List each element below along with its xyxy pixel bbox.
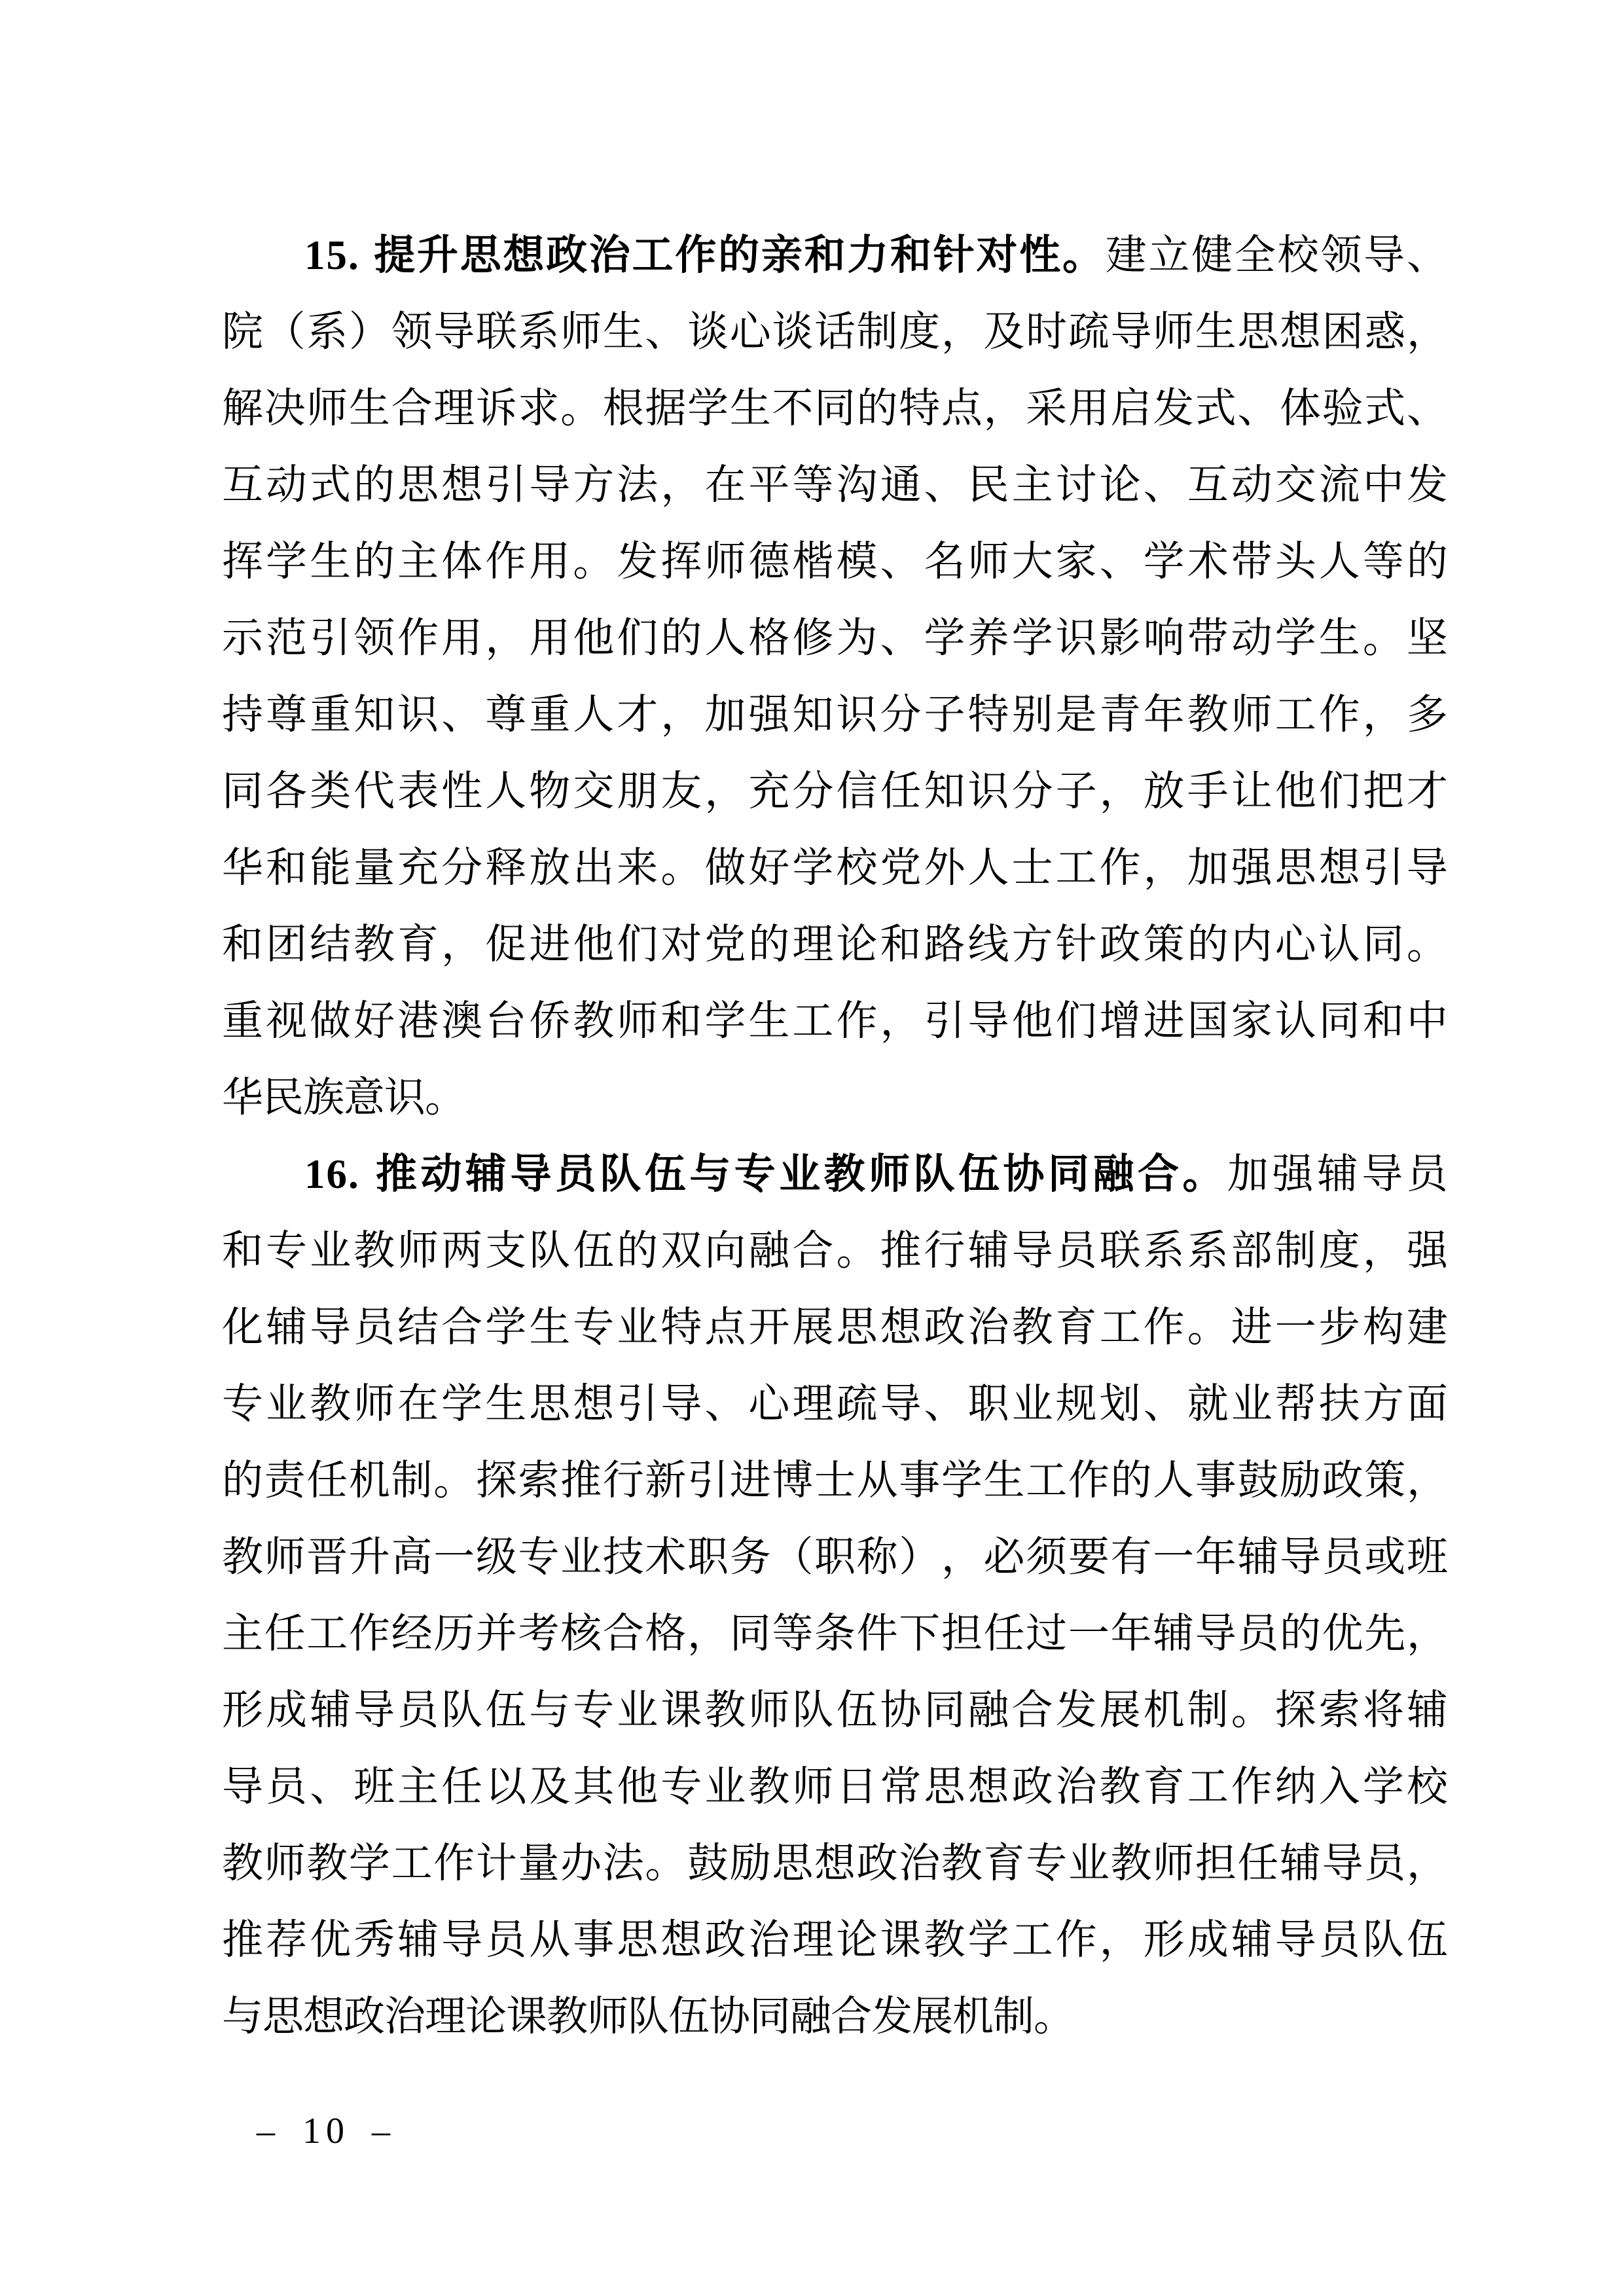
text-line-11: 重视做好港澳台侨教师和学生工作，引导他们增进国家认同和中 xyxy=(222,999,1447,1076)
glyph: 党 xyxy=(880,846,920,889)
glyph: 进 xyxy=(529,923,569,966)
glyph: 队 xyxy=(628,1995,668,2038)
glyph: 机 xyxy=(1144,1689,1184,1732)
glyph: 协 xyxy=(709,1995,749,2038)
glyph: 件 xyxy=(857,1612,897,1655)
glyph: 师 xyxy=(353,1382,394,1426)
glyph: 分 xyxy=(792,770,833,813)
glyph: 提 xyxy=(374,234,414,277)
glyph: 点 xyxy=(704,1306,745,1349)
glyph: 。 xyxy=(836,1229,876,1272)
document-body: 15. 提升思想政治工作的亲和力和针对性。建立健全校领导、院（系）领导联系师生、… xyxy=(222,234,1447,2072)
glyph: 知 xyxy=(353,693,394,736)
glyph: 华 xyxy=(222,1076,262,1119)
glyph: 术 xyxy=(645,1535,685,1579)
text-line-6: 示范引领作用，用他们的人格修为、学养学识影响带动学生。坚 xyxy=(222,617,1447,693)
glyph: 专 xyxy=(573,1689,613,1732)
glyph: 友 xyxy=(660,770,701,813)
glyph: 各 xyxy=(266,770,306,813)
glyph: 升 xyxy=(349,1535,389,1579)
glyph: 想 xyxy=(503,234,543,277)
glyph: 同 xyxy=(222,770,262,813)
glyph: 学 xyxy=(792,846,833,889)
glyph: ， xyxy=(441,923,482,966)
glyph: 教 xyxy=(704,1689,745,1732)
glyph: 澳 xyxy=(441,999,482,1043)
glyph: 辅 xyxy=(1237,1535,1278,1579)
glyph: ， xyxy=(1407,1459,1447,1502)
text-line-3: 解决师生合理诉求。根据学生不同的特点，采用启发式、体验式、 xyxy=(222,387,1447,463)
glyph: 过 xyxy=(1026,1612,1066,1655)
glyph: 师 xyxy=(264,1842,305,1885)
glyph: 。 xyxy=(1187,1306,1228,1349)
glyph: 支 xyxy=(485,1229,526,1272)
glyph: 士 xyxy=(1012,846,1053,889)
glyph: 学 xyxy=(687,387,728,430)
glyph: 在 xyxy=(397,1382,438,1426)
glyph: 好 xyxy=(353,999,394,1043)
glyph: 针 xyxy=(933,234,974,277)
glyph: 作 xyxy=(433,1842,474,1885)
glyph: 生 xyxy=(310,540,350,583)
glyph: 就 xyxy=(1187,1382,1228,1426)
glyph: 学 xyxy=(924,617,965,660)
glyph: 教 xyxy=(222,1535,262,1579)
glyph: 方 xyxy=(1363,1382,1403,1426)
glyph: 员 xyxy=(1407,1153,1447,1196)
glyph: 任 xyxy=(264,1612,305,1655)
glyph: 一 xyxy=(1153,1535,1193,1579)
glyph: 业 xyxy=(617,1689,657,1732)
glyph: 育 xyxy=(397,923,438,966)
glyph: 人 xyxy=(485,770,526,813)
glyph: 诉 xyxy=(476,387,516,430)
glyph: 认 xyxy=(1319,923,1360,966)
glyph: 计 xyxy=(476,1842,516,1885)
glyph: 外 xyxy=(924,846,965,889)
glyph: 想 xyxy=(441,463,482,507)
glyph: 度 xyxy=(1319,1229,1360,1272)
glyph: 和 xyxy=(660,999,701,1043)
glyph: 专 xyxy=(660,1765,701,1808)
glyph: 识 xyxy=(384,1076,425,1119)
glyph: 导 xyxy=(310,1306,350,1349)
glyph: ， xyxy=(1407,1842,1447,1885)
glyph: 才 xyxy=(1407,770,1447,813)
glyph: 解 xyxy=(222,387,262,430)
glyph: 员 xyxy=(555,1153,596,1196)
glyph: 育 xyxy=(1144,1765,1184,1808)
glyph: 任 xyxy=(1237,1842,1278,1885)
glyph: 大 xyxy=(1012,540,1053,583)
glyph: 、 xyxy=(880,617,920,660)
glyph: 。 xyxy=(573,540,613,583)
glyph: 教 xyxy=(310,1382,350,1426)
glyph: 先 xyxy=(1364,1612,1405,1655)
glyph: 政 xyxy=(924,1306,965,1349)
glyph: 工 xyxy=(391,1842,432,1885)
glyph: 专 xyxy=(266,1229,306,1272)
glyph: 向 xyxy=(704,1229,745,1272)
glyph: 。 xyxy=(433,1459,474,1502)
glyph: 励 xyxy=(730,1842,770,1885)
glyph: 民 xyxy=(262,1076,303,1119)
glyph: 班 xyxy=(353,1765,394,1808)
glyph: 心 xyxy=(1275,923,1316,966)
glyph: 台 xyxy=(485,999,526,1043)
glyph: 任 xyxy=(984,1612,1024,1655)
glyph: 作 xyxy=(349,1612,389,1655)
glyph: 识 xyxy=(836,693,876,736)
glyph: 。 xyxy=(1363,617,1403,660)
glyph: 作 xyxy=(1144,1306,1184,1349)
glyph: 生 xyxy=(730,387,770,430)
glyph: 同 xyxy=(1319,999,1360,1043)
glyph: 制 xyxy=(1275,1229,1316,1272)
glyph: 励 xyxy=(1280,1459,1320,1502)
glyph: 制 xyxy=(1187,1689,1228,1732)
glyph: 须 xyxy=(1026,1535,1066,1579)
glyph: ， xyxy=(941,1535,982,1579)
glyph: 头 xyxy=(1275,540,1316,583)
glyph: 合 xyxy=(1138,1153,1178,1196)
glyph: 和 xyxy=(222,1229,262,1272)
glyph: 表 xyxy=(397,770,438,813)
glyph: 合 xyxy=(831,1995,871,2038)
glyph: 务 xyxy=(730,1535,770,1579)
glyph: 想 xyxy=(660,1918,701,1962)
glyph: 职 xyxy=(814,1535,855,1579)
glyph: 队 xyxy=(600,1153,640,1196)
glyph: 们 xyxy=(617,617,657,660)
glyph: 和 xyxy=(880,923,920,966)
glyph: 作 xyxy=(1231,1765,1272,1808)
glyph: 重 xyxy=(222,999,262,1043)
glyph: 策 xyxy=(1144,923,1184,966)
glyph: 学 xyxy=(441,1382,482,1426)
glyph: 识 xyxy=(968,770,1009,813)
glyph: 业 xyxy=(704,1765,745,1808)
glyph: ， xyxy=(880,999,920,1043)
glyph: 工 xyxy=(1012,1918,1053,1962)
glyph: 条 xyxy=(814,1612,855,1655)
glyph: 领 xyxy=(1320,234,1361,277)
glyph: 队 xyxy=(441,1689,482,1732)
glyph: 们 xyxy=(1319,770,1360,813)
text-line-23: 推荐优秀辅导员从事思想政治理论课教学工作，形成辅导员队伍 xyxy=(222,1918,1447,1995)
glyph: 根 xyxy=(603,387,643,430)
glyph: 分 xyxy=(880,693,920,736)
glyph: 人 xyxy=(968,846,1009,889)
glyph: 伍 xyxy=(485,1689,526,1732)
glyph: 进 xyxy=(1231,1306,1272,1349)
glyph: 、 xyxy=(1237,387,1278,430)
glyph: 他 xyxy=(1012,999,1053,1043)
glyph: 他 xyxy=(1275,770,1316,813)
glyph: 形 xyxy=(1144,1918,1184,1962)
glyph: 优 xyxy=(310,1918,350,1962)
glyph: 亲 xyxy=(761,234,802,277)
glyph: 导 xyxy=(968,999,1009,1043)
glyph: 、 xyxy=(310,1765,350,1808)
glyph: 困 xyxy=(1322,310,1363,353)
glyph: 谈 xyxy=(687,310,728,353)
glyph: 索 xyxy=(1319,1689,1360,1732)
glyph: 或 xyxy=(1364,1535,1405,1579)
glyph: 等 xyxy=(792,463,833,507)
glyph: 形 xyxy=(222,1689,262,1732)
glyph: 员 xyxy=(266,1765,306,1808)
glyph: 同 xyxy=(749,1995,790,2038)
glyph: 技 xyxy=(603,1535,643,1579)
glyph: 伍 xyxy=(958,1153,999,1196)
glyph: 博 xyxy=(772,1459,812,1502)
text-line-12: 华民族意识。 xyxy=(222,1076,1447,1153)
glyph: 思 xyxy=(924,1765,965,1808)
glyph: 知 xyxy=(924,770,965,813)
glyph: 辅 xyxy=(1407,1689,1447,1732)
glyph: 事 xyxy=(1195,1459,1236,1502)
glyph: 引 xyxy=(687,1459,728,1502)
glyph: 探 xyxy=(476,1459,516,1502)
text-line-8: 同各类代表性人物交朋友，充分信任知识分子，放手让他们把才 xyxy=(222,770,1447,846)
glyph: 教 xyxy=(1012,1306,1053,1349)
glyph: 展 xyxy=(1100,1689,1140,1732)
glyph: 学 xyxy=(1363,1765,1403,1808)
glyph: ， xyxy=(1363,693,1403,736)
glyph: 求 xyxy=(518,387,558,430)
glyph: ， xyxy=(1100,770,1140,813)
glyph: 治 xyxy=(899,1842,939,1885)
glyph: 辅 xyxy=(1153,1612,1193,1655)
glyph: 工 xyxy=(1100,1306,1140,1349)
glyph: 员 xyxy=(1364,1842,1405,1885)
glyph: 理 xyxy=(433,387,474,430)
glyph: 学 xyxy=(1012,617,1053,660)
glyph: 合 xyxy=(792,1229,833,1272)
glyph: 的 xyxy=(718,234,759,277)
glyph: 做 xyxy=(310,999,350,1043)
glyph: 教 xyxy=(547,1995,587,2038)
glyph: 一 xyxy=(1275,1306,1316,1349)
glyph: 辅 xyxy=(266,1306,306,1349)
glyph: 释 xyxy=(485,846,526,889)
glyph: 其 xyxy=(573,1765,613,1808)
glyph: 。 xyxy=(560,387,601,430)
glyph: 做 xyxy=(704,846,745,889)
page-number: – 10 – xyxy=(257,2111,395,2151)
glyph: 他 xyxy=(573,923,613,966)
glyph: 启 xyxy=(1110,387,1151,430)
glyph: 让 xyxy=(1231,770,1272,813)
glyph: 作 xyxy=(485,540,526,583)
glyph: 动 xyxy=(1231,617,1272,660)
glyph: 办 xyxy=(560,1842,601,1885)
glyph: 推 xyxy=(560,1459,601,1502)
glyph: 要 xyxy=(1068,1535,1109,1579)
glyph: 员 xyxy=(1319,1918,1360,1962)
glyph: 作 xyxy=(675,234,715,277)
glyph: 加 xyxy=(1187,846,1228,889)
glyph: 政 xyxy=(546,234,586,277)
glyph: 人 xyxy=(704,617,745,660)
glyph: 师 xyxy=(1231,693,1272,736)
glyph: 团 xyxy=(266,923,306,966)
glyph: 核 xyxy=(560,1612,601,1655)
glyph: 意 xyxy=(344,1076,384,1119)
glyph: 的 xyxy=(1110,1459,1151,1502)
glyph: 、 xyxy=(1144,1382,1184,1426)
text-line-13: 16. 推动辅导员队伍与专业教师队伍协同融合。加强辅导员 xyxy=(222,1153,1447,1229)
glyph: 级 xyxy=(476,1535,516,1579)
glyph: 推 xyxy=(376,1153,416,1196)
glyph: 多 xyxy=(1407,693,1447,736)
glyph: 内 xyxy=(1231,923,1272,966)
glyph: 学 xyxy=(1275,617,1316,660)
glyph: 索 xyxy=(518,1459,558,1502)
glyph: 导 xyxy=(1012,1229,1053,1272)
glyph: 鼓 xyxy=(1237,1459,1278,1502)
glyph: 系 xyxy=(518,310,558,353)
glyph: 经 xyxy=(391,1612,432,1655)
glyph: 人 xyxy=(573,693,613,736)
glyph: 、 xyxy=(880,540,920,583)
glyph: 专 xyxy=(518,1535,558,1579)
glyph: 师 xyxy=(748,1689,789,1732)
glyph: 思 xyxy=(397,463,438,507)
glyph: 法 xyxy=(617,463,657,507)
glyph: 的 xyxy=(1407,540,1447,583)
glyph: 别 xyxy=(1012,693,1053,736)
glyph: 想 xyxy=(968,1765,1009,1808)
glyph: 行 xyxy=(603,1459,643,1502)
glyph: 人 xyxy=(1319,540,1360,583)
glyph: 生 xyxy=(1319,617,1360,660)
glyph: 政 xyxy=(1012,1765,1053,1808)
glyph: 港 xyxy=(397,999,438,1043)
glyph: 想 xyxy=(880,1306,920,1349)
glyph: 担 xyxy=(941,1612,982,1655)
glyph: 师 xyxy=(869,1153,909,1196)
glyph: 融 xyxy=(748,1229,789,1272)
glyph: 扶 xyxy=(1319,1382,1360,1426)
glyph: 生 xyxy=(529,1306,569,1349)
glyph: 论 xyxy=(1100,463,1140,507)
glyph: 分 xyxy=(1012,770,1053,813)
glyph: 。 xyxy=(1062,234,1103,277)
glyph: 德 xyxy=(748,540,789,583)
glyph: 年 xyxy=(1195,1535,1236,1579)
glyph: 纳 xyxy=(1275,1765,1316,1808)
text-line-20: 形成辅导员队伍与专业课教师队伍协同融合发展机制。探索将辅 xyxy=(222,1689,1447,1765)
glyph: 15. xyxy=(304,234,372,277)
glyph: 出 xyxy=(573,846,613,889)
glyph: 称 xyxy=(857,1535,897,1579)
text-line-14: 和专业教师两支队伍的双向融合。推行辅导员联系系部制度，强 xyxy=(222,1229,1447,1306)
glyph: 子 xyxy=(924,693,965,736)
glyph: 格 xyxy=(748,617,789,660)
glyph: 作 xyxy=(1056,1918,1096,1962)
glyph: 院 xyxy=(222,310,262,353)
glyph: 话 xyxy=(814,310,855,353)
glyph: 导 xyxy=(529,463,569,507)
glyph: 放 xyxy=(1144,770,1184,813)
text-line-4: 互动式的思想引导方法，在平等沟通、民主讨论、互动交流中发 xyxy=(222,463,1447,540)
glyph: ， xyxy=(1363,1229,1403,1272)
glyph: 格 xyxy=(645,1612,685,1655)
glyph: 辅 xyxy=(310,1689,350,1732)
glyph: ， xyxy=(1407,1612,1447,1655)
text-line-7: 持尊重知识、尊重人才，加强知识分子特别是青年教师工作，多 xyxy=(222,693,1447,770)
glyph: 导 xyxy=(1195,1612,1236,1655)
glyph: 促 xyxy=(485,923,526,966)
glyph: 生 xyxy=(603,310,643,353)
glyph: 一 xyxy=(433,1535,474,1579)
glyph: 知 xyxy=(792,693,833,736)
glyph: 的 xyxy=(222,1459,262,1502)
glyph: ， xyxy=(1144,846,1184,889)
glyph: 育 xyxy=(1056,1306,1096,1349)
glyph: 日 xyxy=(836,1765,876,1808)
glyph: 教 xyxy=(824,1153,865,1196)
glyph: 发 xyxy=(1056,1689,1096,1732)
glyph: 中 xyxy=(1363,463,1403,507)
glyph: 导 xyxy=(1280,1535,1320,1579)
glyph: 治 xyxy=(1056,1765,1096,1808)
glyph: 展 xyxy=(792,1306,833,1349)
glyph: 全 xyxy=(1235,234,1275,277)
glyph: 带 xyxy=(1187,617,1228,660)
glyph: 辅 xyxy=(1280,1842,1320,1885)
glyph: 沟 xyxy=(836,463,876,507)
glyph: 成 xyxy=(266,1689,306,1732)
text-line-5: 挥学生的主体作用。发挥师德楷模、名师大家、学术带头人等的 xyxy=(222,540,1447,617)
glyph: 引 xyxy=(1363,846,1403,889)
glyph: 等 xyxy=(1363,540,1403,583)
glyph: 式 xyxy=(310,463,350,507)
glyph: 同 xyxy=(1363,923,1403,966)
glyph: 作 xyxy=(1319,693,1360,736)
glyph: 辅 xyxy=(465,1153,506,1196)
glyph: 、 xyxy=(645,310,685,353)
glyph: 想 xyxy=(1319,846,1360,889)
glyph: 员 xyxy=(397,1689,438,1732)
glyph: 、 xyxy=(1100,540,1140,583)
glyph: 的 xyxy=(660,617,701,660)
glyph: 党 xyxy=(704,923,745,966)
glyph: 推 xyxy=(880,1229,920,1272)
glyph: 与 xyxy=(529,1689,569,1732)
glyph: 强 xyxy=(1231,846,1272,889)
glyph: 学 xyxy=(941,1459,982,1502)
glyph: 工 xyxy=(632,234,673,277)
glyph: 动 xyxy=(420,1153,461,1196)
glyph: ） xyxy=(349,310,389,353)
glyph: 量 xyxy=(353,846,394,889)
glyph: ） xyxy=(899,1535,939,1579)
glyph: 思 xyxy=(1237,310,1278,353)
glyph: 方 xyxy=(1012,923,1053,966)
glyph: 任 xyxy=(441,1765,482,1808)
glyph: 制 xyxy=(857,310,897,353)
glyph: 重 xyxy=(310,693,350,736)
glyph: 机 xyxy=(952,1995,993,2038)
glyph: 性 xyxy=(441,770,482,813)
glyph: 担 xyxy=(1195,1842,1236,1885)
glyph: 论 xyxy=(836,923,876,966)
glyph: 理 xyxy=(792,923,833,966)
glyph: 师 xyxy=(306,387,347,430)
